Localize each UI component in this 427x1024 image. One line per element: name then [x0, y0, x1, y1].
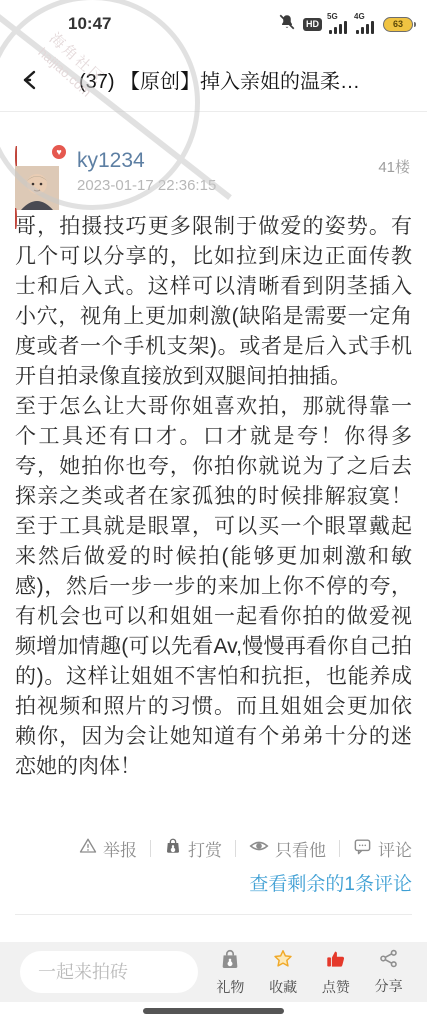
status-bar: 10:47 HD 5G 4G 63 — [0, 0, 427, 48]
star-icon — [272, 948, 294, 975]
battery-icon: 63 — [383, 17, 413, 32]
favorite-button[interactable]: 收藏 — [257, 948, 309, 997]
post-timestamp: 2023-01-17 22:36:15 — [77, 177, 216, 194]
divider — [235, 840, 236, 857]
avatar-badge-icon: ♥ — [51, 144, 67, 160]
username-link[interactable]: ky1234 — [77, 149, 216, 173]
view-remaining-comments-link[interactable]: 查看剩余的1条评论 — [0, 869, 427, 896]
divider — [15, 914, 412, 915]
reward-button[interactable]: 打赏 — [164, 836, 222, 861]
divider — [150, 840, 151, 857]
signal-4g-icon: 4G — [356, 14, 376, 34]
back-button[interactable] — [10, 59, 52, 101]
floor-number: 41楼 — [378, 156, 410, 177]
report-icon — [79, 837, 97, 860]
nav-bar: (37) 【原创】掉入亲姐的温柔… — [0, 48, 427, 112]
gift-icon — [219, 948, 241, 975]
only-him-button[interactable]: 只看他 — [249, 836, 326, 861]
eye-icon — [249, 836, 269, 861]
battery-percent: 63 — [393, 19, 403, 29]
hd-voice-icon: HD — [303, 18, 322, 31]
app-screen: 海角社区 haijiao.com 10:47 HD 5G 4G 63 — [0, 0, 427, 1024]
page-title: (37) 【原创】掉入亲姐的温柔… — [52, 65, 387, 94]
post-card: ♥ ky1234 2023-01-17 22:36:15 41楼 哥，拍摄技巧更… — [0, 112, 427, 782]
like-button[interactable]: 点赞 — [310, 948, 362, 997]
share-icon — [378, 948, 399, 974]
signal-5g-icon: 5G — [329, 14, 349, 34]
comment-button[interactable]: 评论 — [353, 836, 412, 861]
post-header: ♥ ky1234 2023-01-17 22:36:15 41楼 — [15, 148, 412, 196]
post-action-row: 举报 打赏 只看他 评论 — [0, 836, 427, 861]
post-body: 哥，拍摄技巧更多限制于做爱的姿势。有几个可以分享的，比如拉到床边正面传教士和后入… — [15, 212, 412, 782]
divider — [339, 840, 340, 857]
clock: 10:47 — [68, 14, 111, 34]
thumbs-up-icon — [325, 948, 347, 975]
post-paragraph: 至于怎么让大哥你姐喜欢拍，那就得靠一个工具还有口才。口才就是夸！你得多夸，她拍你… — [15, 392, 412, 782]
bottom-toolbar: 礼物 收藏 点赞 分享 — [0, 942, 427, 1002]
purse-icon — [164, 837, 182, 860]
report-button[interactable]: 举报 — [79, 836, 137, 861]
share-button[interactable]: 分享 — [363, 948, 415, 996]
mute-icon — [278, 13, 296, 36]
post-paragraph: 哥，拍摄技巧更多限制于做爱的姿势。有几个可以分享的，比如拉到床边正面传教士和后入… — [15, 212, 412, 392]
home-indicator[interactable] — [143, 1008, 284, 1014]
comment-icon — [353, 837, 372, 861]
gift-button[interactable]: 礼物 — [204, 948, 256, 997]
reply-input[interactable] — [20, 951, 198, 993]
